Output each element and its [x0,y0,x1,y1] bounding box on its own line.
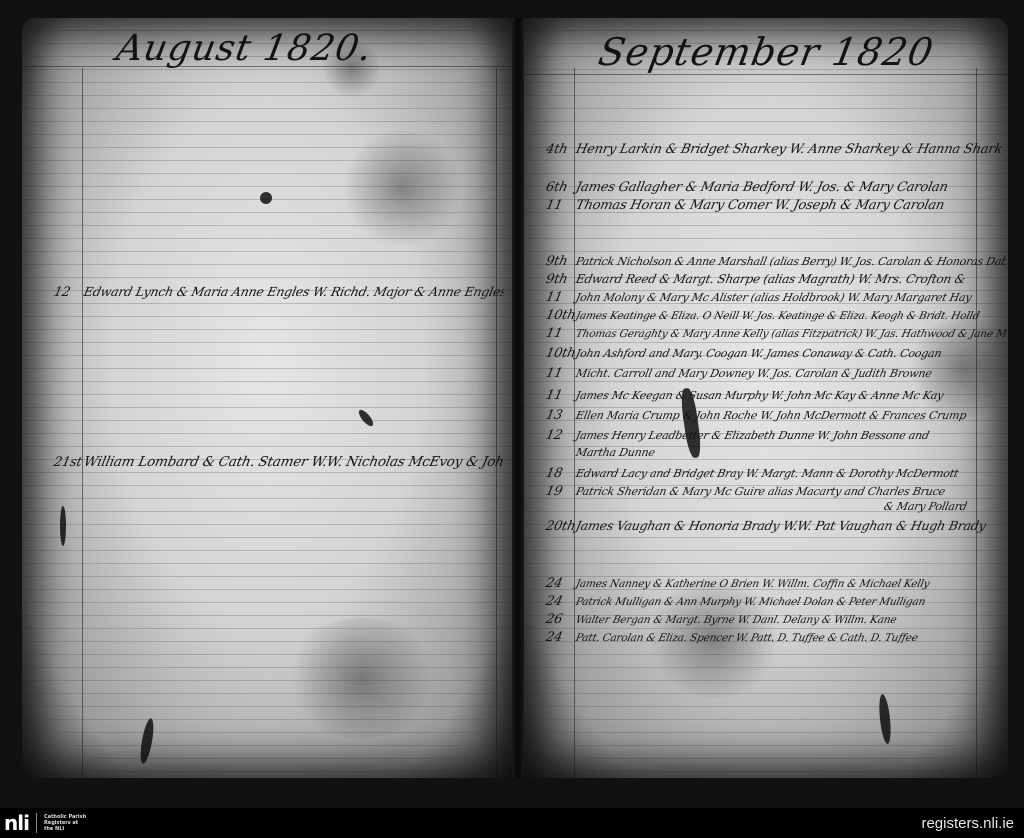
entry-day: 11 [544,290,577,305]
entry-text: William Lombard & Cath. Stamer W.W. Nich… [82,454,505,470]
entry-day: 24 [544,630,577,645]
margin-line [574,68,575,778]
entry-day: 18 [544,466,577,481]
entry-text: Patrick Sheridan & Mary Mc Guire alias M… [575,485,947,498]
register-page-august: August 1820. 12Edward Lynch & Maria Anne… [22,18,512,778]
entry-text: Martha Dunne [575,446,657,459]
footer-bar: nli Catholic Parish Registers at the NLI… [0,808,1024,838]
register-entry: 11Thomas Horan & Mary Comer W. Joseph & … [544,198,1007,213]
entry-day: 4th [544,142,577,157]
register-page-september: September 1820 4thHenry Larkin & Bridget… [524,18,1008,778]
register-entry: 19Patrick Sheridan & Mary Mc Guire alias… [544,484,1007,499]
register-entry: 26Walter Bergan & Margt. Byrne W. Danl. … [544,612,1007,627]
register-entry: 13Ellen Maria Crump & John Roche W. John… [544,408,1007,423]
book-gutter [512,18,524,778]
register-entry: & Mary Pollard [883,500,1006,513]
entry-day: 12 [52,285,85,300]
entry-day: 24 [544,594,577,609]
entry-text: James Henry Leadbetter & Elizabeth Dunne… [575,429,931,442]
entry-text: Edward Lacy and Bridget Bray W. Margt. M… [575,467,960,480]
entry-day: 13 [544,408,577,423]
entry-day: 11 [544,198,577,213]
register-entry: 24Patt. Carolan & Eliza. Spencer W. Patt… [544,630,1007,645]
entry-text: Thomas Geraghty & Mary Anne Kelly (alias… [575,328,1008,340]
register-entry: 11John Molony & Mary Mc Alister (alias H… [544,290,1007,305]
image-viewer[interactable]: August 1820. 12Edward Lynch & Maria Anne… [0,0,1024,808]
register-entry: 21stWilliam Lombard & Cath. Stamer W.W. … [52,454,505,470]
margin-line [496,68,497,778]
entry-text: John Ashford and Mary. Coogan W. James C… [575,347,943,360]
entry-text: Edward Lynch & Maria Anne Engles W. Rich… [83,284,506,299]
register-entry: Martha Dunne [545,446,1008,459]
entry-text: Patrick Mulligan & Ann Murphy W. Michael… [575,596,927,608]
entry-day: 11 [544,326,577,341]
register-entry: 9thPatrick Nicholson & Anne Marshall (al… [544,254,1007,269]
entry-day: 12 [544,428,577,443]
register-entry: 18Edward Lacy and Bridget Bray W. Margt.… [544,466,1007,481]
entry-text: Thomas Horan & Mary Comer W. Joseph & Ma… [574,198,945,213]
entry-day: 20th [544,519,577,534]
header-rule [524,74,1008,75]
entry-text: & Mary Pollard [883,500,969,513]
entry-day: 6th [544,180,577,195]
register-entry: 11James Mc Keegan & Susan Murphy W. John… [544,388,1007,403]
entry-day: 11 [544,366,577,381]
register-entry: 4thHenry Larkin & Bridget Sharkey W. Ann… [544,142,1007,157]
page-heading-september: September 1820 [595,30,937,74]
register-entry: 9thEdward Reed & Margt. Sharpe (alias Ma… [544,272,1007,287]
page-heading-august: August 1820. [113,28,375,69]
register-entry: 20thJames Vaughan & Honoria Brady W.W. P… [544,518,1007,534]
nli-brand[interactable]: nli Catholic Parish Registers at the NLI [4,813,86,833]
entry-text: Micht. Carroll and Mary Downey W. Jos. C… [575,367,933,380]
margin-line [82,68,83,778]
entry-text: James Nanney & Katherine O Brien W. Will… [575,578,931,590]
entry-text: James Gallagher & Maria Bedford W. Jos. … [574,180,949,195]
site-link[interactable]: registers.nli.ie [921,815,1014,832]
entry-day: 11 [544,388,577,403]
entry-text: James Vaughan & Honoria Brady W.W. Pat V… [575,518,988,533]
register-entry: 10thJames Keatinge & Eliza. O Neill W. J… [544,308,1007,323]
register-entry: 24James Nanney & Katherine O Brien W. Wi… [544,576,1007,591]
margin-line [976,68,977,778]
entry-text: Patt. Carolan & Eliza. Spencer W. Patt. … [575,632,919,644]
entry-text: James Keatinge & Eliza. O Neill W. Jos. … [575,310,981,322]
register-entry: 11Thomas Geraghty & Mary Anne Kelly (ali… [544,326,1007,341]
entry-text: Patrick Nicholson & Anne Marshall (alias… [575,255,1008,268]
entry-day: 9th [544,254,577,269]
entry-day: 21st [52,455,85,470]
entry-text: Henry Larkin & Bridget Sharkey W. Anne S… [574,142,1003,157]
brand-divider [36,813,37,833]
entry-day: 10th [544,346,577,361]
entry-day: 19 [544,484,577,499]
entry-day: 24 [544,576,577,591]
nli-logo-icon: nli [4,813,29,833]
register-entry: 12James Henry Leadbetter & Elizabeth Dun… [544,428,1007,443]
register-entry: 12Edward Lynch & Maria Anne Engles W. Ri… [52,284,505,300]
entry-day: 10th [544,308,577,323]
brand-line: the NLI [44,826,86,832]
register-entry: 6thJames Gallagher & Maria Bedford W. Jo… [544,180,1007,195]
entry-text: Edward Reed & Margt. Sharpe (alias Magra… [575,272,967,286]
entry-text: Walter Bergan & Margt. Byrne W. Danl. De… [575,614,898,626]
entry-day: 9th [544,272,577,287]
brand-text: Catholic Parish Registers at the NLI [44,814,86,832]
register-entry: 11Micht. Carroll and Mary Downey W. Jos.… [544,366,1007,381]
entry-text: John Molony & Mary Mc Alister (alias Hol… [575,291,973,304]
entry-text: Ellen Maria Crump & John Roche W. John M… [575,409,968,422]
register-entry: 10thJohn Ashford and Mary. Coogan W. Jam… [544,346,1007,361]
register-entry: 24Patrick Mulligan & Ann Murphy W. Micha… [544,594,1007,609]
entry-day: 26 [544,612,577,627]
entry-text: James Mc Keegan & Susan Murphy W. John M… [575,389,945,402]
